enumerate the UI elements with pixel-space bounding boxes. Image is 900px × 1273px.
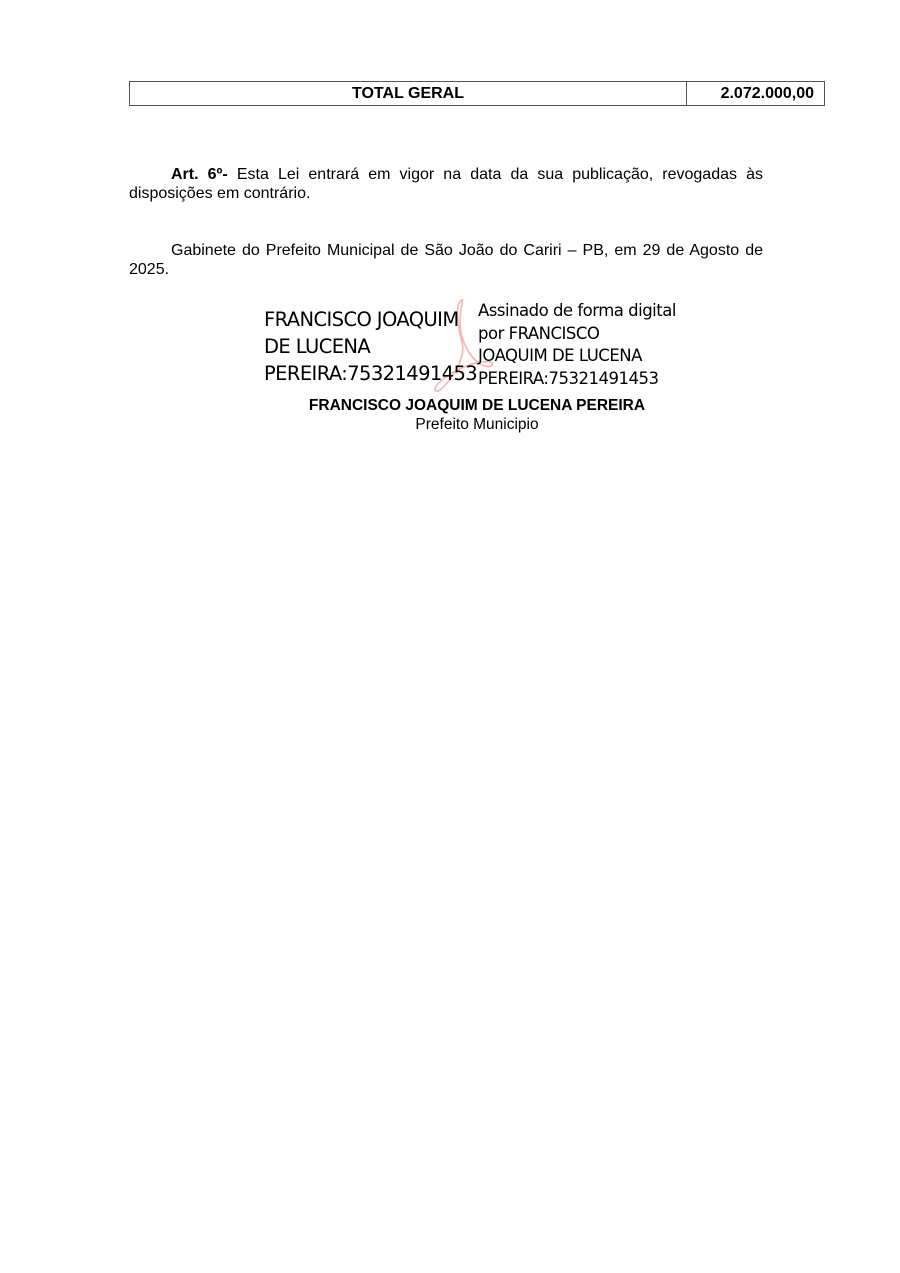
digital-signature-block: FRANCISCO JOAQUIM DE LUCENA PEREIRA:7532… <box>264 300 704 392</box>
signature-stamp-line: por FRANCISCO <box>478 323 676 346</box>
signature-stamp-text: Assinado de forma digital por FRANCISCO … <box>478 300 676 390</box>
total-geral-label: TOTAL GERAL <box>130 82 687 105</box>
signature-name-text: FRANCISCO JOAQUIM DE LUCENA PEREIRA:7532… <box>264 306 477 387</box>
article-6-paragraph: Art. 6º- Esta Lei entrará em vigor na da… <box>129 165 763 203</box>
signer-role: Prefeito Municipio <box>0 416 900 434</box>
article-heading: Art. 6º- <box>171 166 228 183</box>
signature-stamp-line: JOAQUIM DE LUCENA <box>478 345 676 368</box>
signature-name-line: DE LUCENA <box>264 333 477 360</box>
signature-stamp-line: PEREIRA:75321491453 <box>478 368 676 391</box>
total-geral-table: TOTAL GERAL 2.072.000,00 <box>129 81 825 106</box>
signer-name: FRANCISCO JOAQUIM DE LUCENA PEREIRA <box>0 397 900 415</box>
total-geral-value: 2.072.000,00 <box>687 82 824 105</box>
signature-name-line: FRANCISCO JOAQUIM <box>264 306 477 333</box>
signature-name-line: PEREIRA:75321491453 <box>264 360 477 387</box>
closing-text: Gabinete do Prefeito Municipal de São Jo… <box>129 242 763 278</box>
closing-paragraph: Gabinete do Prefeito Municipal de São Jo… <box>129 241 763 279</box>
signature-stamp-line: Assinado de forma digital <box>478 300 676 323</box>
